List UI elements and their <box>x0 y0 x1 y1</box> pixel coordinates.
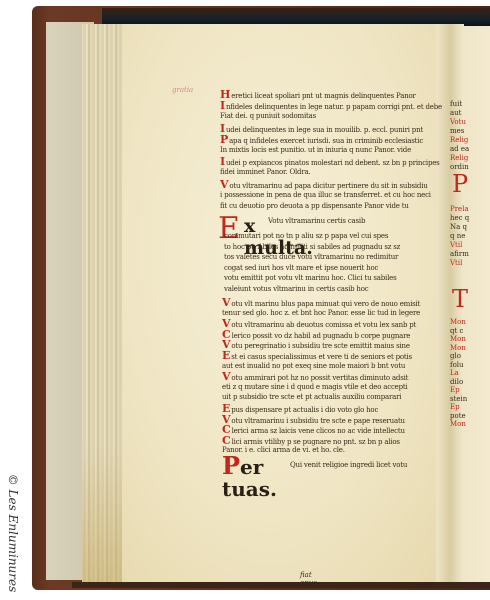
facing-line: Vtil <box>450 259 462 268</box>
facing-line: ad ea <box>450 145 469 154</box>
catchword: fiat opus <box>300 571 317 587</box>
copyright-text: © Les Enluminures <box>6 473 20 592</box>
section2-line: Qui venit religioe ingredi licet votu <box>290 461 440 470</box>
facing-line: q ne <box>450 232 465 241</box>
text-line: Votu vlt marinu blus papa minuat qui ver… <box>222 298 442 309</box>
text-line: to hoc pt. Abiles ad militi si sabiles a… <box>224 243 442 252</box>
rubric-initial: V <box>222 340 230 351</box>
text-line: Votu ammirari pot hz no possit vertitas … <box>222 372 442 383</box>
text-line: Clerico possit vo dz habil ad pugnadu b … <box>222 330 442 341</box>
line-text: udei p expiancos pinatos molestari nd de… <box>226 159 440 167</box>
text-line: Iudei delinquentes in lege sua in mouili… <box>220 124 442 135</box>
line-text: cogat sed iuri hos vlt mare et ipse noue… <box>224 264 378 272</box>
text-line: i possessione in pena de qua illuc se tr… <box>220 191 442 200</box>
rubric-initial: E <box>222 351 230 362</box>
line-text: otu peregrinatio i subsidiu tre scte emi… <box>231 342 409 350</box>
facing-initial-P: P <box>452 170 468 198</box>
rubric-initial: V <box>222 319 230 330</box>
rubric-initial: V <box>222 415 230 426</box>
line-text: lerici arma sz laicis vene clicos no ac … <box>232 427 405 435</box>
text-line: Votu peregrinatio i subsidiu tre scte em… <box>222 340 442 351</box>
line-text: st ei casus specialissimus et vere ti de… <box>231 353 412 361</box>
text-line: Epus dispensare pt actualis i dio voto g… <box>222 404 442 415</box>
line-text: In mixtis locis est punitio. ut in iniur… <box>220 146 411 154</box>
text-line: Fiat dei. q puniuit sodomitas <box>220 112 442 121</box>
line-text: lici armis vtiliby p se pugnare no pnt. … <box>232 438 400 446</box>
line-text: otu vlt marinu blus papa minuat qui vero… <box>231 300 420 308</box>
line-text: otu vltramarinu i subsidiu tre scte e pa… <box>231 417 405 425</box>
facing-initial-T: T <box>452 285 468 313</box>
line-text: to hoc pt. Abiles ad militi si sabiles a… <box>224 243 400 251</box>
facing-line: mes <box>450 127 464 136</box>
text-line: Clici armis vtiliby p se pugnare no pnt.… <box>222 436 442 447</box>
line-text: Votu vltramarinu certis casib <box>268 217 365 225</box>
text-line: votu emittit pot votu vlt marinu hoc. Cl… <box>224 274 442 283</box>
line-text: tenur sed glo. hoc z. et bnt hoc Panor. … <box>222 309 420 317</box>
text-line: tenur sed glo. hoc z. et bnt hoc Panor. … <box>222 309 442 318</box>
text-line: In mixtis locis est punitio. ut in iniur… <box>220 146 442 155</box>
line-text: otu vltramarinu ad papa dicitur pertiner… <box>229 182 427 190</box>
facing-line: Vtil <box>450 241 462 250</box>
text-line: Votu vltramarinu ad papa dicitur pertine… <box>220 180 442 191</box>
facing-line: Mon <box>450 420 466 429</box>
line-text: votu emittit pot votu vlt marinu hoc. Cl… <box>224 274 396 282</box>
text-line: Papa q infideles exercet iurisdi. sua in… <box>220 135 442 146</box>
line-text: nfideles delinquentes in lege natur. p p… <box>226 103 442 111</box>
facing-line: fuit <box>450 100 462 109</box>
rubric-initial: H <box>220 90 230 101</box>
text-line: valeiunt votus vltmarinu in certis casib… <box>224 285 442 294</box>
facing-line: aut <box>450 109 462 118</box>
line-text: fidei imminet Panor. Oldra. <box>220 168 310 176</box>
text-line: Votu vltramarinu certis casib <box>268 217 442 226</box>
line-text: fit cu deuotio pro deuota a pp dispensan… <box>220 202 409 210</box>
line-text: udei delinquentes in lege sua in mouilib… <box>226 126 423 134</box>
rubric-initial: I <box>220 157 225 168</box>
rubric-initial: C <box>222 330 231 341</box>
rubric-initial: I <box>220 101 225 112</box>
line-text: apa q infideles exercet iurisdi. sua in … <box>229 137 423 145</box>
marginal-note: gratia <box>172 86 193 94</box>
line-text: commutari pot no tn p aliu sz p papa vel… <box>224 232 388 240</box>
line-text: lerico possit vo dz habil ad pugnadu b c… <box>232 332 411 340</box>
line-text: valeiunt votus vltmarinu in certis casib… <box>224 285 368 293</box>
facing-line: Relig <box>450 136 468 145</box>
initial-P: P <box>222 451 240 480</box>
line-text: Panor. i e. clici arma de vi. et ho. cle… <box>222 446 345 454</box>
facing-line: Prela <box>450 205 469 214</box>
line-text: eretici liceat spoliari pnt ut magnis de… <box>231 92 415 100</box>
bottom-edge <box>72 582 490 588</box>
rubric-initial: I <box>220 124 225 135</box>
text-line: uit p subsidio tre scte et pt actualis a… <box>222 393 442 402</box>
text-line: commutari pot no tn p aliu sz p papa vel… <box>224 232 442 241</box>
rubric-initial: C <box>222 436 231 447</box>
rubric-initial: E <box>222 404 230 415</box>
copyright-watermark: © Les Enluminures <box>2 470 24 595</box>
facing-line: afirm <box>450 250 469 259</box>
line-text: Fiat dei. q puniuit sodomitas <box>220 112 316 120</box>
text-line: Votu vltramarinu ab deuotus comissa et v… <box>222 319 442 330</box>
line-text: pus dispensare pt actualis i dio voto gl… <box>231 406 378 414</box>
text-line: eti z q mutare sine i d quod e magis vti… <box>222 383 442 392</box>
text-line: Clerici arma sz laicis vene clicos no ac… <box>222 425 442 436</box>
text-line: Infideles delinquentes in lege natur. p … <box>220 101 442 112</box>
text-line: tos valetes secu duce votu vltramarinu n… <box>224 253 442 262</box>
text-line: Heretici liceat spoliari pnt ut magnis d… <box>220 90 442 101</box>
rubric-initial: V <box>220 180 228 191</box>
text-line: cogat sed iuri hos vlt mare et ipse noue… <box>224 264 442 273</box>
text-line: fidei imminet Panor. Oldra. <box>220 168 442 177</box>
facing-line: Na q <box>450 223 467 232</box>
line-text: eti z q mutare sine i d quod e magis vti… <box>222 383 408 391</box>
text-line: Iudei p expiancos pinatos molestari nd d… <box>220 157 442 168</box>
text-line: Votu vltramarinu i subsidiu tre scte e p… <box>222 415 442 426</box>
line-text: uit p subsidio tre scte et pt actualis a… <box>222 393 401 401</box>
text-line: Est ei casus specialissimus et vere ti d… <box>222 351 442 362</box>
section-heading-per-tuas: Per tuas. <box>222 455 277 500</box>
line-text: aut est inualid no pot exeq sine mole ma… <box>222 362 405 370</box>
facing-line: Votu <box>450 118 466 127</box>
line-text: i possessione in pena de qua illuc se tr… <box>220 191 431 199</box>
line-text: otu vltramarinu ab deuotus comissa et vo… <box>231 321 416 329</box>
line-text: tos valetes secu duce votu vltramarinu n… <box>224 253 398 261</box>
rubric-initial: P <box>220 135 228 146</box>
text-line: aut est inualid no pot exeq sine mole ma… <box>222 362 442 371</box>
rubric-initial: V <box>222 372 230 383</box>
facing-line: hec q <box>450 214 469 223</box>
facing-line: Relig <box>450 154 468 163</box>
rubric-initial: V <box>222 298 230 309</box>
text-line: fit cu deuotio pro deuota a pp dispensan… <box>220 202 442 211</box>
line-text: otu ammirari pot hz no possit vertitas d… <box>231 374 408 382</box>
rubric-initial: C <box>222 425 231 436</box>
